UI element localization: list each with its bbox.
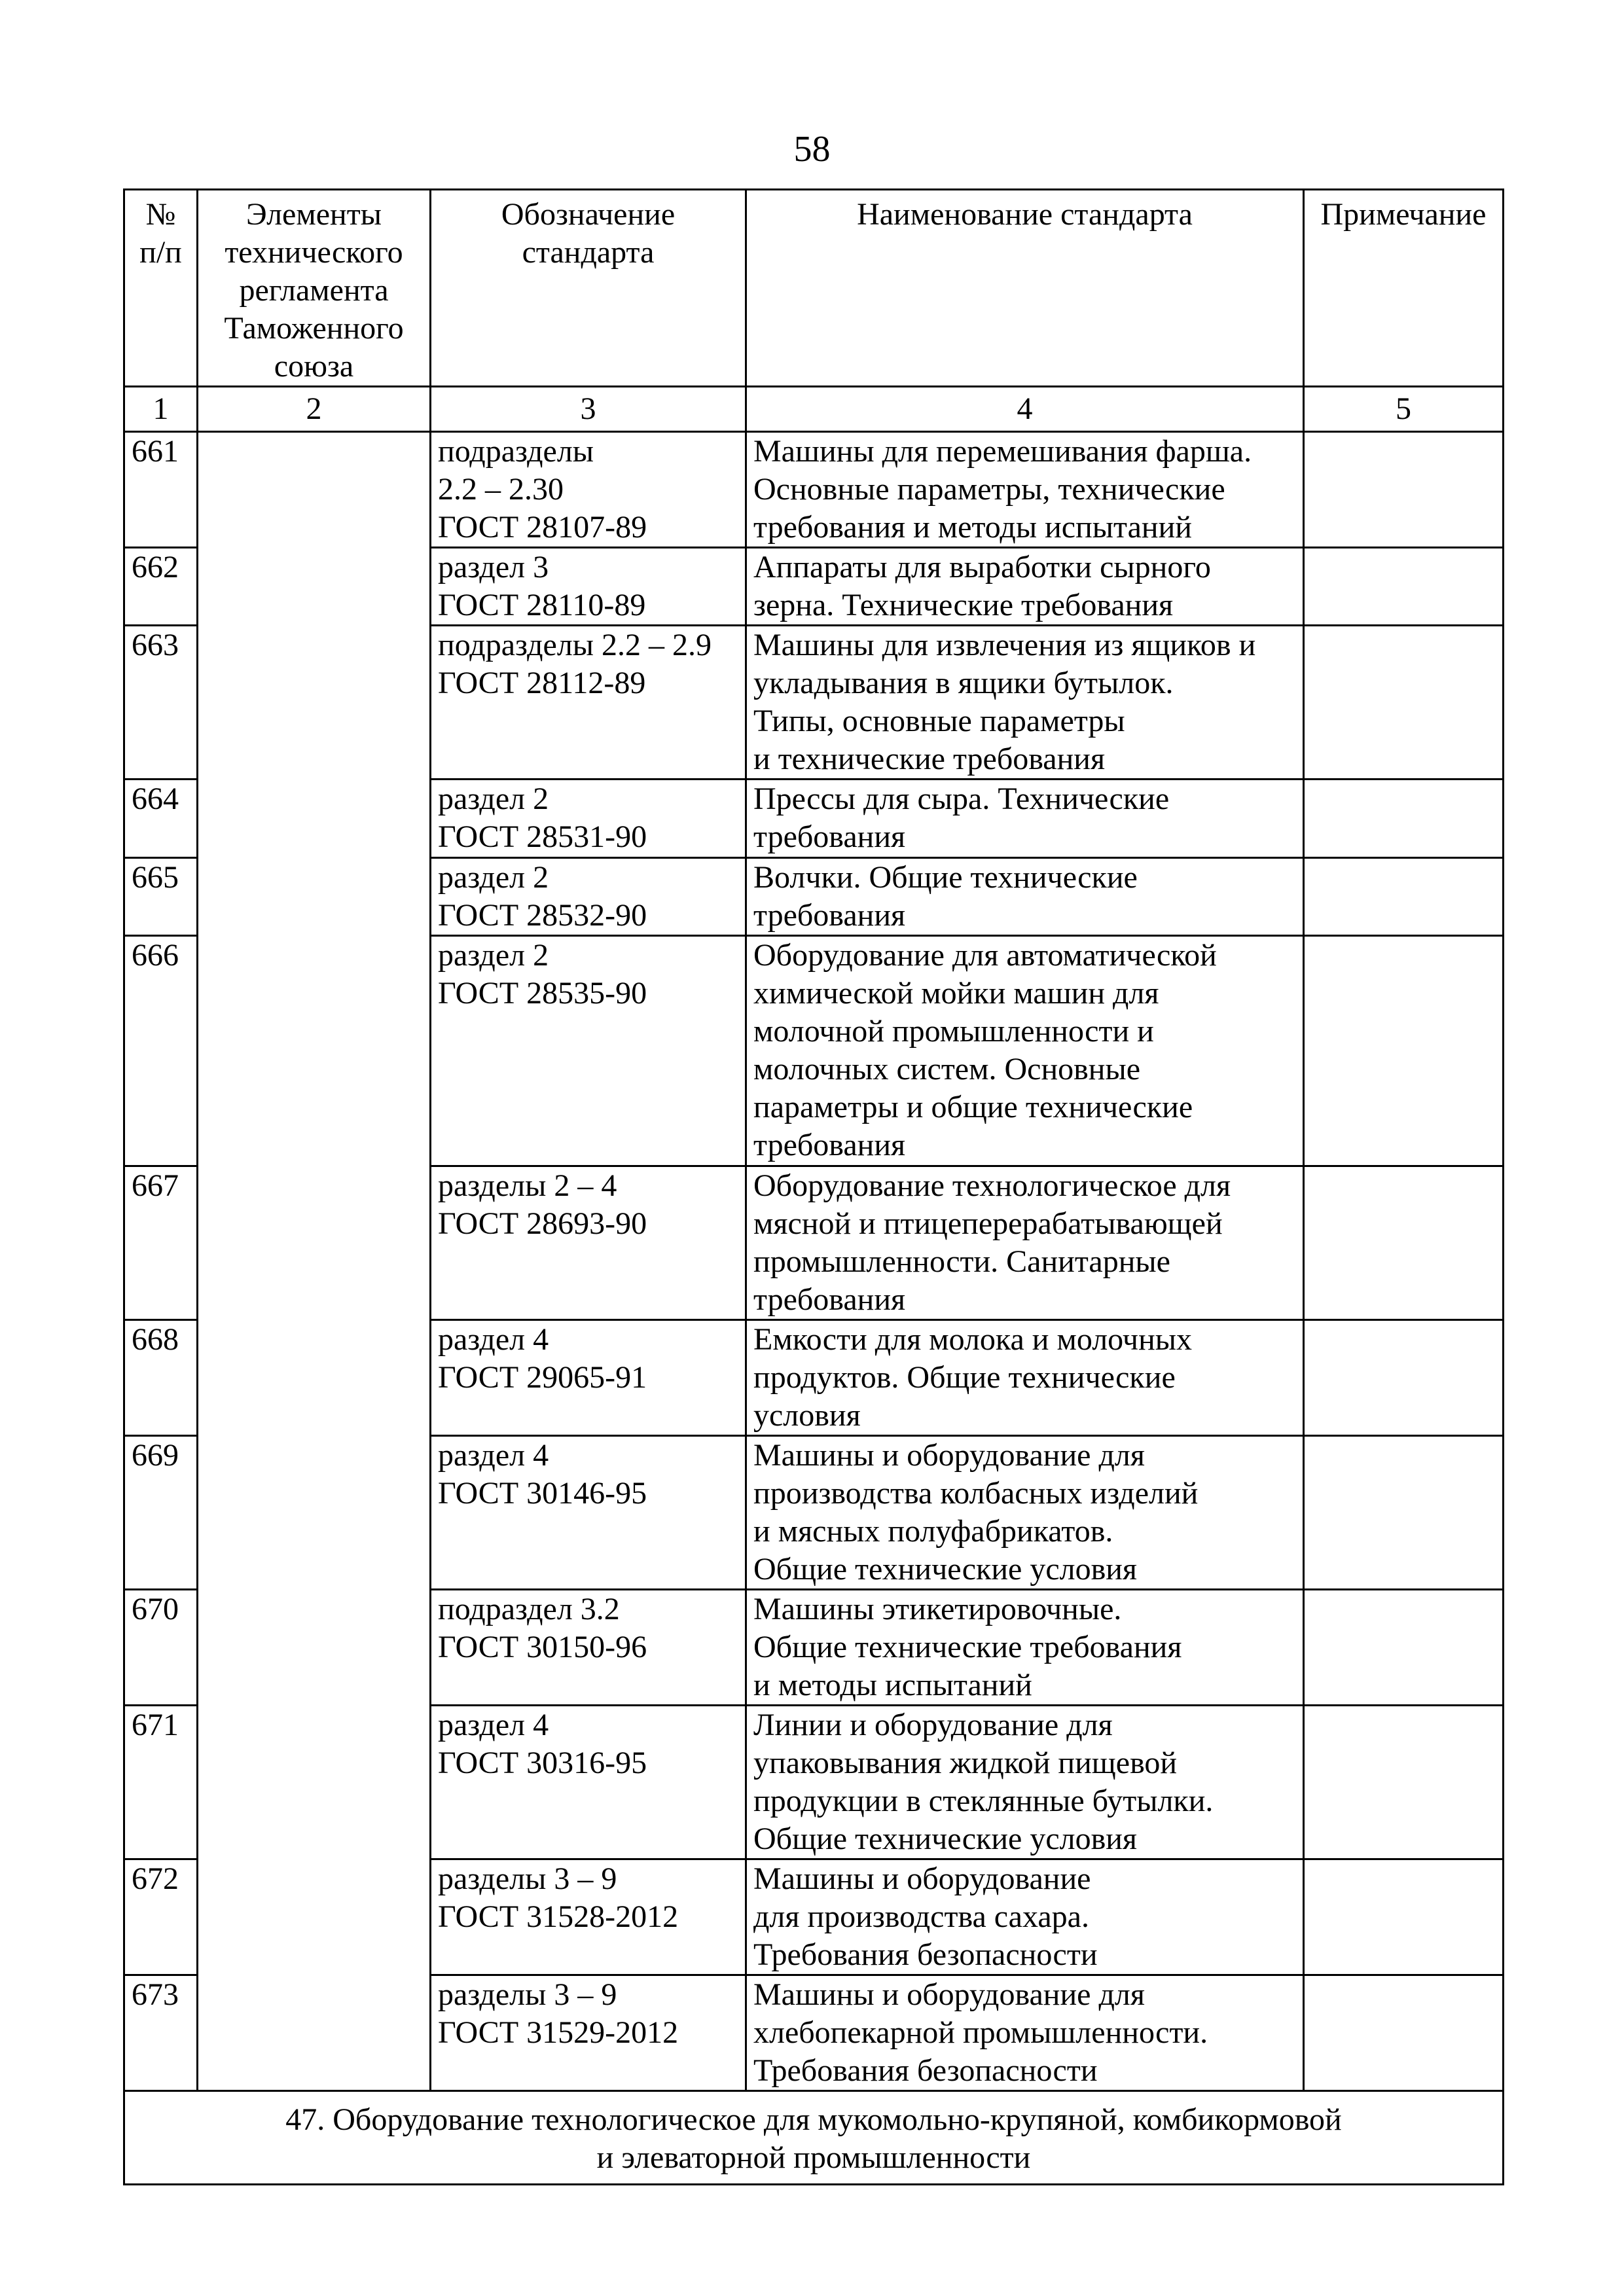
standard-name: Волчки. Общие техническиетребования — [746, 858, 1304, 936]
table-body: 661подразделы2.2 – 2.30ГОСТ 28107-89Маши… — [124, 432, 1504, 2091]
column-number: 4 — [746, 387, 1304, 432]
note-cell — [1304, 548, 1504, 626]
text-line: хлебопекарной промышленности. — [753, 2014, 1296, 2052]
note-cell — [1304, 858, 1504, 936]
text-line: Примечание — [1311, 196, 1496, 234]
standard-designation: раздел 3ГОСТ 28110-89 — [431, 548, 746, 626]
column-number: 1 — [124, 387, 198, 432]
text-line: Общие технические требования — [753, 1628, 1296, 1666]
row-number: 673 — [124, 1975, 198, 2091]
text-line: подраздел 3.2 — [438, 1590, 738, 1628]
text-line: раздел 4 — [438, 1321, 738, 1359]
text-line: ГОСТ 28535-90 — [438, 975, 738, 1013]
text-line: ГОСТ 30146-95 — [438, 1475, 738, 1513]
standard-designation: подразделы 2.2 – 2.9ГОСТ 28112-89 — [431, 626, 746, 780]
row-number: 669 — [124, 1436, 198, 1590]
text-line: и элеваторной промышленности — [132, 2139, 1496, 2177]
column-number-row: 1 2 3 4 5 — [124, 387, 1504, 432]
note-cell — [1304, 936, 1504, 1166]
text-line: ГОСТ 29065-91 — [438, 1359, 738, 1397]
text-line: разделы 3 – 9 — [438, 1976, 738, 2014]
text-line: регламента — [205, 272, 423, 310]
text-line: молочных систем. Основные — [753, 1050, 1296, 1088]
text-line: раздел 2 — [438, 859, 738, 897]
header-standard-name: Наименование стандарта — [746, 190, 1304, 387]
text-line: Оборудование для автоматической — [753, 937, 1296, 975]
text-line: Линии и оборудование для — [753, 1706, 1296, 1744]
text-line: ГОСТ 28532-90 — [438, 897, 738, 935]
section-heading-row: 47. Оборудование технологическое для мук… — [124, 2091, 1504, 2185]
regulation-elements-cell — [198, 432, 431, 2091]
standard-name: Прессы для сыра. Техническиетребования — [746, 780, 1304, 858]
text-line: Машины для перемешивания фарша. — [753, 433, 1296, 471]
text-line: требования — [753, 897, 1296, 935]
header-note: Примечание — [1304, 190, 1504, 387]
row-number: 661 — [124, 432, 198, 548]
standard-name: Машины и оборудование дляхлебопекарной п… — [746, 1975, 1304, 2091]
standard-designation: раздел 2ГОСТ 28535-90 — [431, 936, 746, 1166]
note-cell — [1304, 1706, 1504, 1859]
row-number: 664 — [124, 780, 198, 858]
standard-designation: подразделы2.2 – 2.30ГОСТ 28107-89 — [431, 432, 746, 548]
text-line: ГОСТ 30150-96 — [438, 1628, 738, 1666]
column-number: 5 — [1304, 387, 1504, 432]
text-line: Машины и оборудование для — [753, 1437, 1296, 1475]
note-cell — [1304, 1975, 1504, 2091]
text-line: молочной промышленности и — [753, 1013, 1296, 1050]
text-line: ГОСТ 28107-89 — [438, 509, 738, 547]
text-line: условия — [753, 1397, 1296, 1435]
header-designation: Обозначениестандарта — [431, 190, 746, 387]
note-cell — [1304, 626, 1504, 780]
note-cell — [1304, 1320, 1504, 1436]
text-line: требования — [753, 818, 1296, 856]
text-line: Машины и оборудование — [753, 1860, 1296, 1898]
text-line: Требования безопасности — [753, 2052, 1296, 2090]
standard-name: Машины и оборудование дляпроизводства ко… — [746, 1436, 1304, 1590]
standard-name: Линии и оборудование дляупаковывания жид… — [746, 1706, 1304, 1859]
standard-name: Емкости для молока и молочныхпродуктов. … — [746, 1320, 1304, 1436]
header-number: №п/п — [124, 190, 198, 387]
text-line: п/п — [132, 234, 190, 272]
row-number: 663 — [124, 626, 198, 780]
header-elements: ЭлементытехническогорегламентаТаможенног… — [198, 190, 431, 387]
note-cell — [1304, 432, 1504, 548]
text-line: требования и методы испытаний — [753, 509, 1296, 547]
standard-designation: раздел 4ГОСТ 30146-95 — [431, 1436, 746, 1590]
standard-name: Аппараты для выработки сырногозерна. Тех… — [746, 548, 1304, 626]
text-line: производства колбасных изделий — [753, 1475, 1296, 1513]
text-line: Наименование стандарта — [753, 196, 1296, 234]
text-line: для производства сахара. — [753, 1898, 1296, 1936]
row-number: 665 — [124, 858, 198, 936]
text-line: Общие технические условия — [753, 1551, 1296, 1588]
column-number: 2 — [198, 387, 431, 432]
section-heading: 47. Оборудование технологическое для мук… — [124, 2091, 1504, 2185]
text-line: подразделы 2.2 – 2.9 — [438, 626, 738, 664]
table-header-row: №п/п ЭлементытехническогорегламентаТамож… — [124, 190, 1504, 387]
text-line: требования — [753, 1126, 1296, 1164]
text-line: химической мойки машин для — [753, 975, 1296, 1013]
standard-designation: разделы 3 – 9ГОСТ 31528-2012 — [431, 1859, 746, 1975]
table-row: 661подразделы2.2 – 2.30ГОСТ 28107-89Маши… — [124, 432, 1504, 548]
standard-name: Оборудование технологическое длямясной и… — [746, 1166, 1304, 1320]
text-line: Обозначение — [438, 196, 738, 234]
standard-designation: раздел 2ГОСТ 28531-90 — [431, 780, 746, 858]
standards-table: №п/п ЭлементытехническогорегламентаТамож… — [123, 188, 1504, 2185]
text-line: ГОСТ 28531-90 — [438, 818, 738, 856]
text-line: союза — [205, 348, 423, 386]
text-line: Машины для извлечения из ящиков и — [753, 626, 1296, 664]
text-line: раздел 2 — [438, 780, 738, 818]
row-number: 666 — [124, 936, 198, 1166]
text-line: упаковывания жидкой пищевой — [753, 1744, 1296, 1782]
standard-designation: раздел 4ГОСТ 29065-91 — [431, 1320, 746, 1436]
standard-designation: раздел 4ГОСТ 30316-95 — [431, 1706, 746, 1859]
text-line: Прессы для сыра. Технические — [753, 780, 1296, 818]
text-line: Общие технические условия — [753, 1820, 1296, 1858]
text-line: ГОСТ 28112-89 — [438, 664, 738, 702]
standard-designation: подраздел 3.2ГОСТ 30150-96 — [431, 1590, 746, 1706]
text-line: Аппараты для выработки сырного — [753, 548, 1296, 586]
text-line: раздел 4 — [438, 1437, 738, 1475]
note-cell — [1304, 1590, 1504, 1706]
text-line: ГОСТ 31528-2012 — [438, 1898, 738, 1936]
row-number: 671 — [124, 1706, 198, 1859]
text-line: Типы, основные параметры — [753, 702, 1296, 740]
row-number: 662 — [124, 548, 198, 626]
standard-designation: разделы 3 – 9ГОСТ 31529-2012 — [431, 1975, 746, 2091]
row-number: 670 — [124, 1590, 198, 1706]
text-line: продукции в стеклянные бутылки. — [753, 1782, 1296, 1820]
text-line: и технические требования — [753, 740, 1296, 778]
text-line: и методы испытаний — [753, 1666, 1296, 1704]
text-line: 47. Оборудование технологическое для мук… — [132, 2101, 1496, 2139]
text-line: стандарта — [438, 234, 738, 272]
row-number: 672 — [124, 1859, 198, 1975]
text-line: Машины и оборудование для — [753, 1976, 1296, 2014]
text-line: технического — [205, 234, 423, 272]
note-cell — [1304, 1166, 1504, 1320]
text-line: Требования безопасности — [753, 1936, 1296, 1974]
note-cell — [1304, 780, 1504, 858]
text-line: Элементы — [205, 196, 423, 234]
standard-designation: раздел 2ГОСТ 28532-90 — [431, 858, 746, 936]
text-line: Волчки. Общие технические — [753, 859, 1296, 897]
text-line: ГОСТ 28110-89 — [438, 586, 738, 624]
standard-name: Машины и оборудованиедля производства са… — [746, 1859, 1304, 1975]
text-line: раздел 3 — [438, 548, 738, 586]
text-line: разделы 3 – 9 — [438, 1860, 738, 1898]
text-line: разделы 2 – 4 — [438, 1167, 738, 1205]
text-line: № — [132, 196, 190, 234]
text-line: ГОСТ 28693-90 — [438, 1205, 738, 1243]
text-line: требования — [753, 1281, 1296, 1319]
row-number: 667 — [124, 1166, 198, 1320]
text-line: раздел 2 — [438, 937, 738, 975]
text-line: мясной и птицеперерабатывающей — [753, 1205, 1296, 1243]
text-line: параметры и общие технические — [753, 1088, 1296, 1126]
text-line: укладывания в ящики бутылок. — [753, 664, 1296, 702]
note-cell — [1304, 1859, 1504, 1975]
text-line: зерна. Технические требования — [753, 586, 1296, 624]
column-number: 3 — [431, 387, 746, 432]
standard-designation: разделы 2 – 4ГОСТ 28693-90 — [431, 1166, 746, 1320]
text-line: ГОСТ 31529-2012 — [438, 2014, 738, 2052]
text-line: раздел 4 — [438, 1706, 738, 1744]
standard-name: Машины этикетировочные.Общие технические… — [746, 1590, 1304, 1706]
note-cell — [1304, 1436, 1504, 1590]
text-line: Оборудование технологическое для — [753, 1167, 1296, 1205]
text-line: ГОСТ 30316-95 — [438, 1744, 738, 1782]
text-line: Основные параметры, технические — [753, 471, 1296, 509]
standard-name: Машины для извлечения из ящиков иукладыв… — [746, 626, 1304, 780]
text-line: подразделы — [438, 433, 738, 471]
text-line: Таможенного — [205, 310, 423, 348]
standard-name: Оборудование для автоматическойхимическо… — [746, 936, 1304, 1166]
text-line: 2.2 – 2.30 — [438, 471, 738, 509]
text-line: продуктов. Общие технические — [753, 1359, 1296, 1397]
page-number: 58 — [0, 128, 1624, 170]
text-line: Емкости для молока и молочных — [753, 1321, 1296, 1359]
text-line: и мясных полуфабрикатов. — [753, 1513, 1296, 1551]
standard-name: Машины для перемешивания фарша.Основные … — [746, 432, 1304, 548]
row-number: 668 — [124, 1320, 198, 1436]
text-line: промышленности. Санитарные — [753, 1243, 1296, 1281]
text-line: Машины этикетировочные. — [753, 1590, 1296, 1628]
